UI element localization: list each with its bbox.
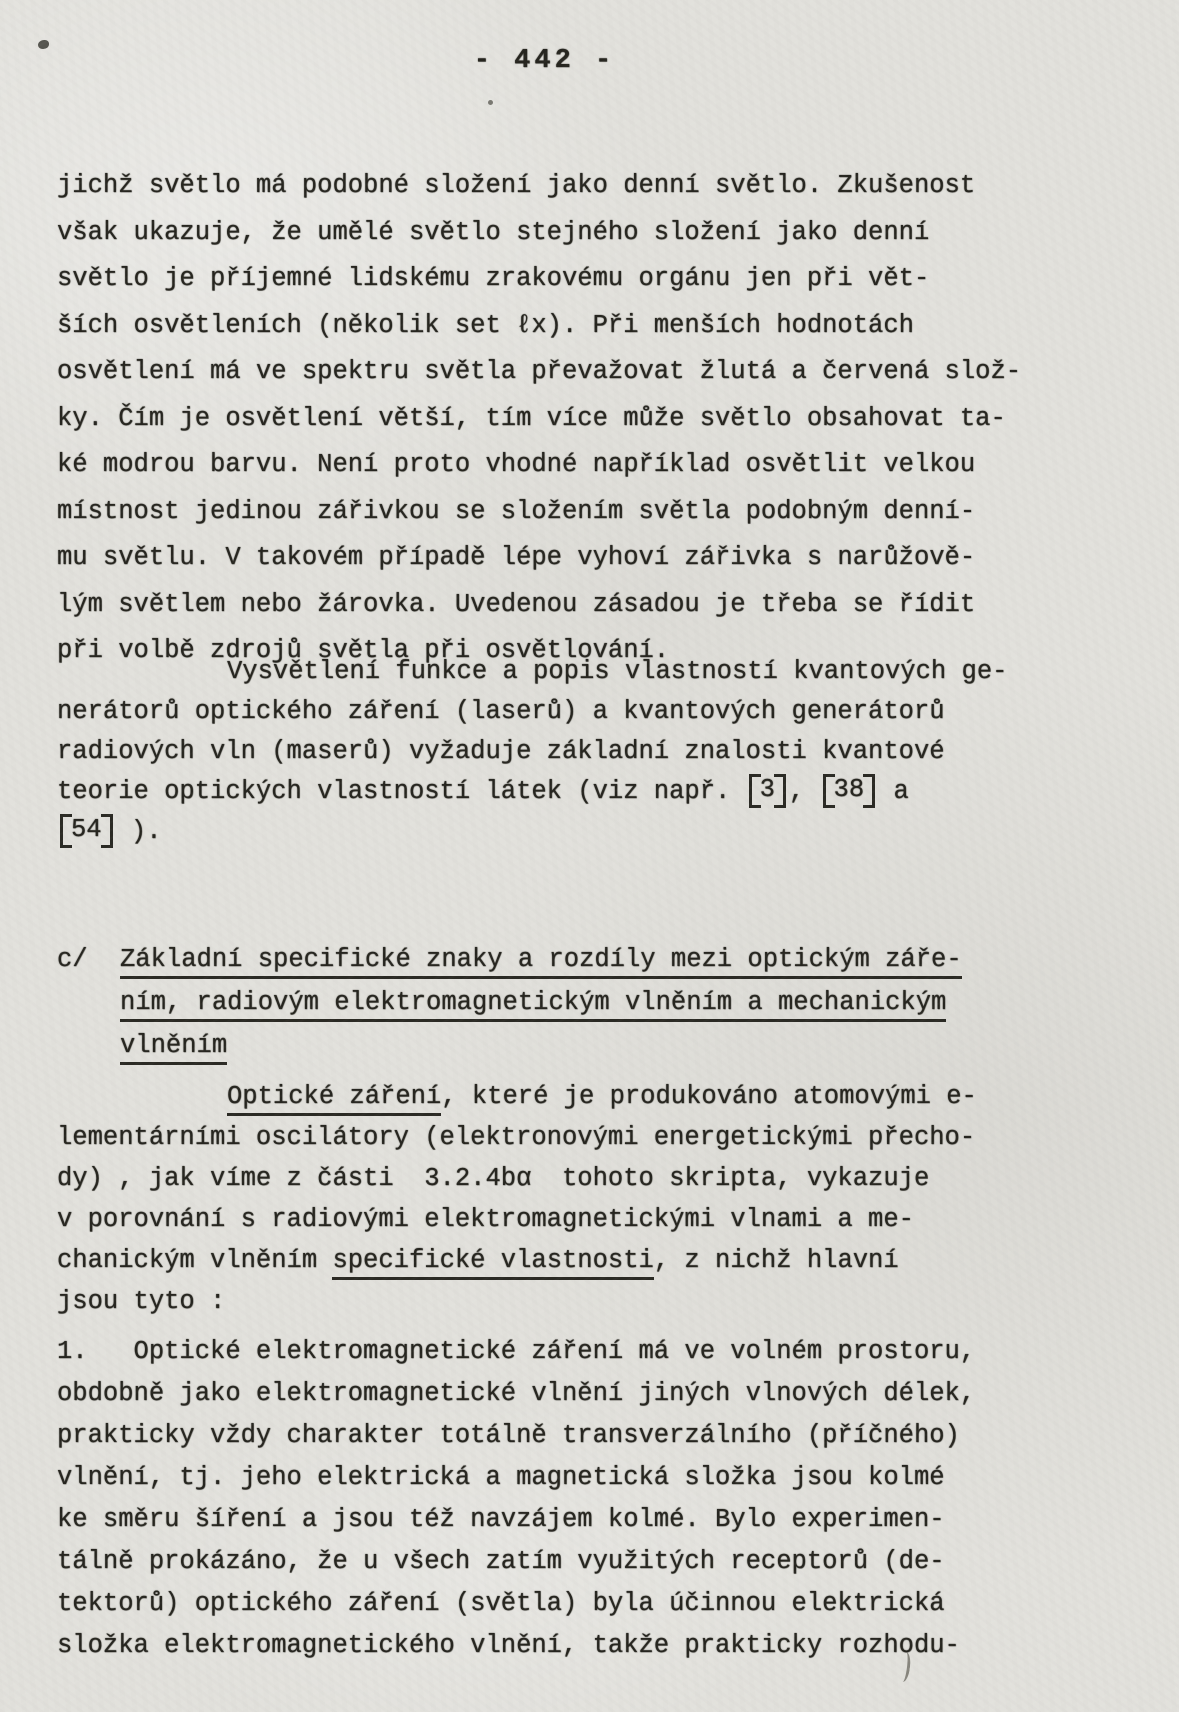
text-line: Vysvětlení funkce a popis vlastností kva…: [57, 652, 1067, 692]
text-segment: a: [878, 777, 909, 806]
paragraph-1: jichž světlo má podobné složení jako den…: [57, 163, 1067, 675]
text-segment: chanickým vlněním: [57, 1246, 332, 1275]
text-line: však ukazuje, že umělé světlo stejného s…: [57, 210, 1067, 257]
text-line: jichž světlo má podobné složení jako den…: [57, 163, 1067, 210]
text-line: dy) , jak víme z části 3.2.4bα tohoto sk…: [57, 1158, 1067, 1199]
text-line: místnost jedinou zářivkou se složením sv…: [57, 489, 1067, 536]
heading-line: vlněním: [120, 1024, 1067, 1067]
text-line: tektorů) optického záření (světla) byla …: [57, 1583, 1067, 1625]
text-line-with-citations: 54 ).: [57, 812, 1067, 852]
text-line: lementárními oscilátory (elektronovými e…: [57, 1117, 1067, 1158]
text-line-with-citations: teorie optických vlastností látek (viz n…: [57, 772, 1067, 812]
paragraph-3: Optické záření, které je produkováno ato…: [57, 1076, 1067, 1322]
underlined-text: specifické vlastnosti: [332, 1246, 653, 1280]
text-line: vlnění, tj. jeho elektrická a magnetická…: [57, 1457, 1067, 1499]
ink-smudge: [38, 40, 49, 49]
text-line: ších osvětleních (několik set ℓx). Při m…: [57, 303, 1067, 350]
text-line: obdobně jako elektromagnetické vlnění ji…: [57, 1373, 1067, 1415]
text-line: jsou tyto :: [57, 1281, 1067, 1322]
text-segment: ).: [116, 817, 162, 846]
page-number: - 442 -: [57, 46, 1032, 76]
text-line: ky. Čím je osvětlení větší, tím více můž…: [57, 396, 1067, 443]
text-line: světlo je příjemné lidskému zrakovému or…: [57, 256, 1067, 303]
heading-line: ním, radiovým elektromagnetickým vlněním…: [120, 981, 1067, 1024]
text-line: Optické záření, které je produkováno ato…: [57, 1076, 1067, 1117]
text-line: mu světlu. V takovém případě lépe vyhoví…: [57, 535, 1067, 582]
underlined-text: ním, radiovým elektromagnetickým vlněním…: [120, 988, 946, 1022]
text-line: chanickým vlněním specifické vlastnosti,…: [57, 1240, 1067, 1281]
text-line: 1. Optické elektromagnetické záření má v…: [57, 1331, 1067, 1373]
text-line: ké modrou barvu. Není proto vhodné napří…: [57, 442, 1067, 489]
section-marker: c/: [57, 938, 88, 981]
paragraph-2: Vysvětlení funkce a popis vlastností kva…: [57, 652, 1067, 852]
text-line: osvětlení má ve spektru světla převažova…: [57, 349, 1067, 396]
underlined-text: Optické záření: [227, 1082, 441, 1116]
scanned-document-page: { "doc": { "page_number": "- 442 -" }, "…: [0, 0, 1179, 1712]
text-line: ke směru šíření a jsou též navzájem kolm…: [57, 1499, 1067, 1541]
text-segment: ,: [789, 777, 820, 806]
numbered-item-1: 1. Optické elektromagnetické záření má v…: [57, 1331, 1067, 1667]
underlined-text: Základní specifické znaky a rozdíly mezi…: [120, 945, 962, 979]
citation-box: 54: [60, 814, 113, 848]
text-line: lým světlem nebo žárovka. Uvedenou zásad…: [57, 582, 1067, 629]
text-line: v porovnání s radiovými elektromagnetick…: [57, 1199, 1067, 1240]
text-line: radiových vln (maserů) vyžaduje základní…: [57, 732, 1067, 772]
section-heading: c/ Základní specifické znaky a rozdíly m…: [57, 938, 1067, 1067]
underlined-text: vlněním: [120, 1031, 227, 1065]
text-segment: , z nichž hlavní: [654, 1246, 899, 1275]
text-line: nerátorů optického záření (laserů) a kva…: [57, 692, 1067, 732]
citation-box: 3: [749, 774, 786, 808]
text-line: tálně prokázáno, že u všech zatím využit…: [57, 1541, 1067, 1583]
text-line: složka elektromagnetického vlnění, takže…: [57, 1625, 1067, 1667]
ink-dot: [488, 100, 493, 105]
citation-box: 38: [823, 774, 876, 808]
text-segment: teorie optických vlastností látek (viz n…: [57, 777, 746, 806]
text-line: prakticky vždy charakter totálně transve…: [57, 1415, 1067, 1457]
heading-line: Základní specifické znaky a rozdíly mezi…: [120, 938, 1067, 981]
text-segment: , které je produkováno atomovými e-: [441, 1082, 977, 1111]
